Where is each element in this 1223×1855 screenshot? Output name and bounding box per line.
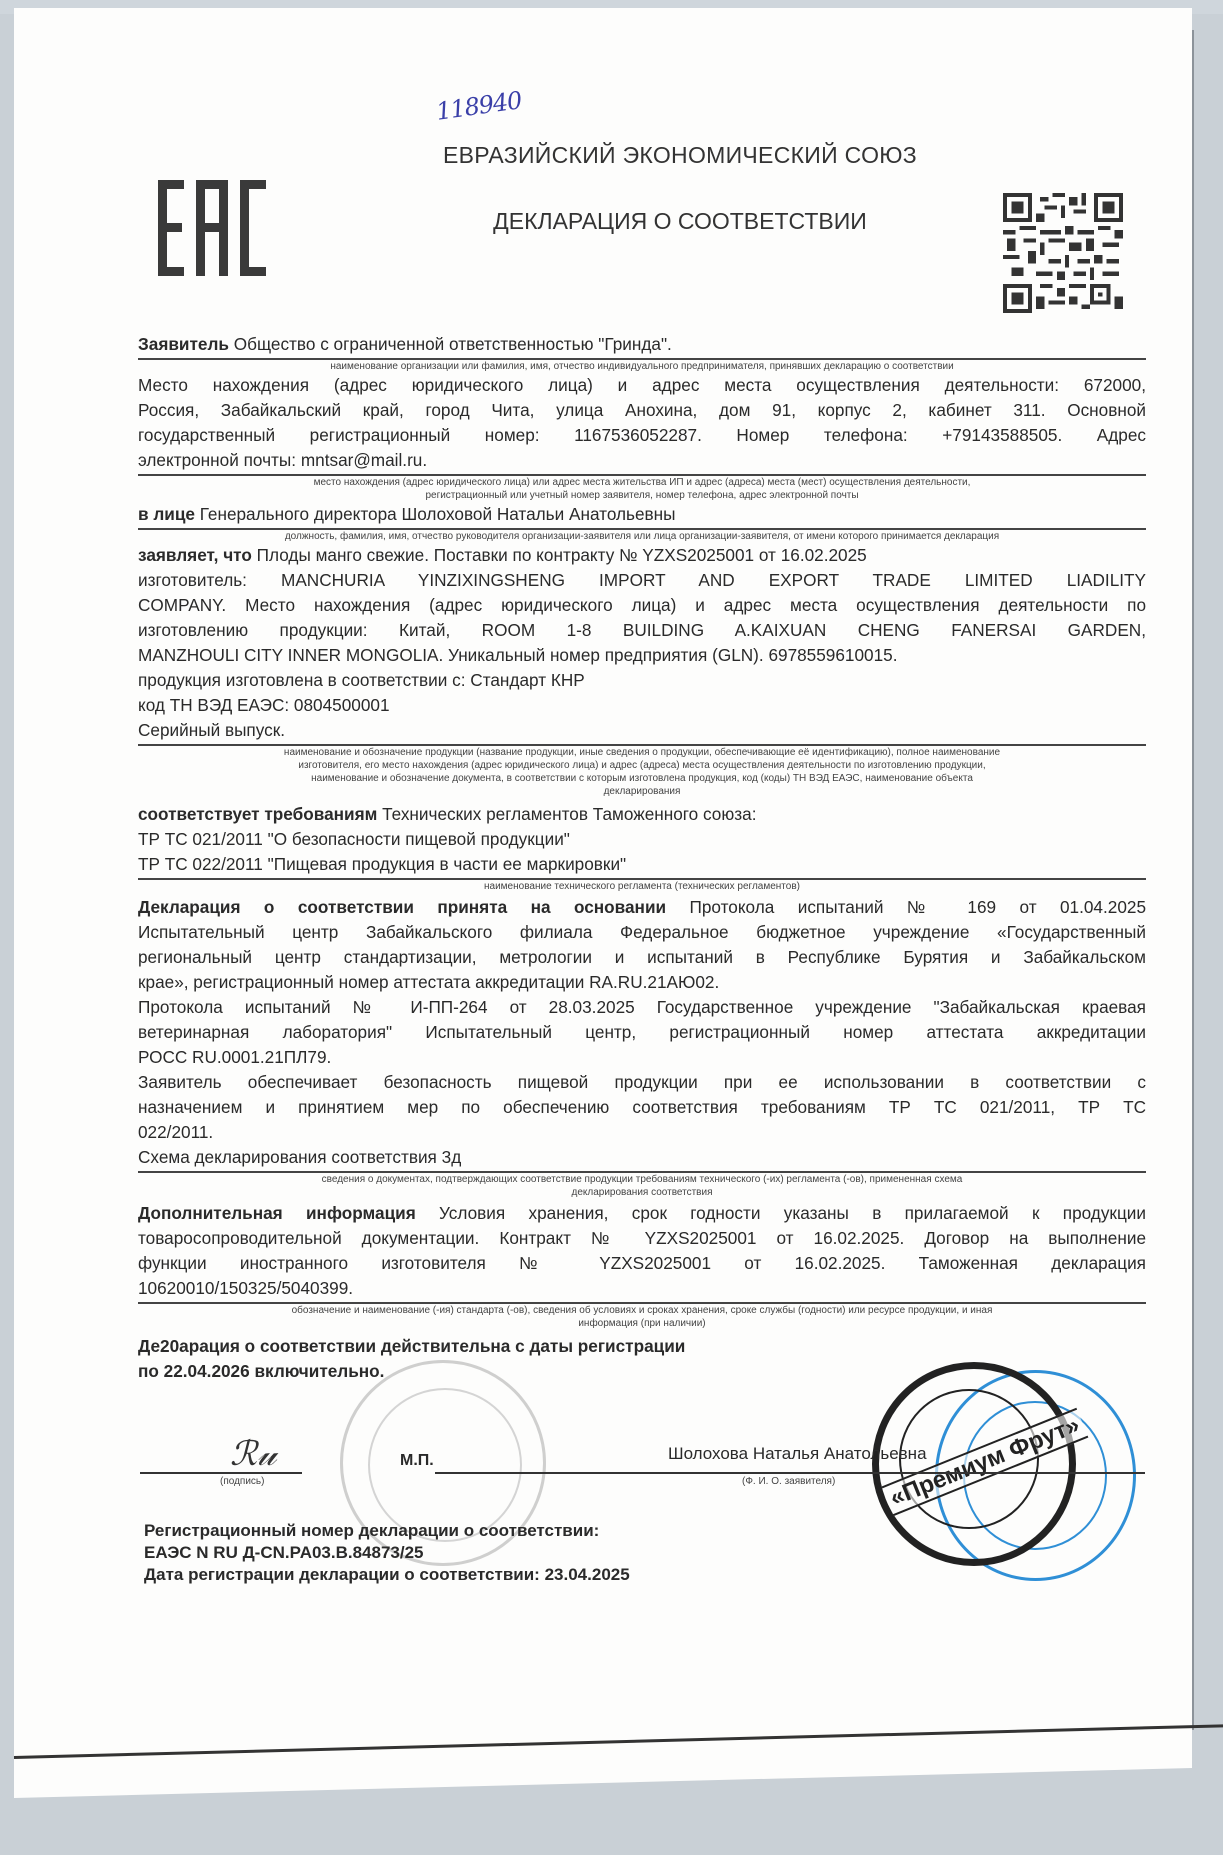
- regulation-item: ТР ТС 021/2011 "О безопасности пищевой п…: [138, 827, 1146, 852]
- hs-code-line: код ТН ВЭД ЕАЭС: 0804500001: [138, 693, 1146, 718]
- representative-caption: должность, фамилия, имя, отчество руково…: [138, 530, 1146, 543]
- basis-caption: сведения о документах, подтверждающих со…: [138, 1173, 1146, 1186]
- additional-line: 10620010/150325/5040399.: [138, 1276, 1146, 1301]
- eac-logo-icon: [158, 180, 268, 276]
- applicant-caption: наименование организации или фамилия, им…: [138, 360, 1146, 373]
- compliance-label: соответствует требованиям: [138, 804, 377, 824]
- address-line: Россия, Забайкальский край, город Чита, …: [138, 398, 1146, 423]
- union-title: ЕВРАЗИЙСКИЙ ЭКОНОМИЧЕСКИЙ СОЮЗ: [420, 142, 940, 169]
- signature-line: [140, 1472, 302, 1474]
- applicant-section: Заявитель Общество с ограниченной ответс…: [138, 332, 1146, 1384]
- regulation-item: ТР ТС 022/2011 "Пищевая продукция в част…: [138, 852, 1146, 877]
- applicant-label: Заявитель: [138, 334, 229, 354]
- basis-line: региональный центр стандартизации, метро…: [138, 945, 1146, 970]
- basis-line: 022/2011.: [138, 1120, 1146, 1145]
- additional-line: функции иностранного изготовителя № YZXS…: [138, 1251, 1146, 1276]
- registration-number-label: Регистрационный номер декларации о соотв…: [144, 1520, 630, 1542]
- name-caption: (Ф. И. О. заявителя): [742, 1476, 835, 1487]
- basis-line: Испытательный центр Забайкальского филиа…: [138, 920, 1146, 945]
- basis-line: назначением и принятием мер по обеспечен…: [138, 1095, 1146, 1120]
- address-caption: регистрационный или учетный номер заявит…: [138, 489, 1146, 502]
- basis-caption: декларирования соответствия: [138, 1186, 1146, 1199]
- representative-value: Генерального директора Шолоховой Натальи…: [200, 504, 676, 524]
- registration-number: ЕАЭС N RU Д-CN.PA03.B.84873/25: [144, 1542, 630, 1564]
- page-edge-right: [1192, 30, 1194, 1730]
- product-label: заявляет, что: [138, 545, 252, 565]
- address-line: электронной почты: mntsar@mail.ru.: [138, 448, 1146, 473]
- address-line: государственный регистрационный номер: 1…: [138, 423, 1146, 448]
- registration-date: 23.04.2025: [545, 1565, 630, 1584]
- manufacturer-line: изготовлению продукции: Китай, ROOM 1-8 …: [138, 618, 1146, 643]
- registration-date-label: Дата регистрации декларации о соответств…: [144, 1565, 540, 1584]
- representative-label: в лице: [138, 504, 195, 524]
- manufacturer-line: изготовитель: MANCHURIA YINZIXINGSHENG I…: [138, 568, 1146, 593]
- qr-code-icon: [1003, 191, 1123, 315]
- additional-label: Дополнительная информация: [138, 1203, 416, 1223]
- address-caption: место нахождения (адрес юридического лиц…: [138, 476, 1146, 489]
- basis-line: РОСС RU.0001.21ПЛ79.: [138, 1045, 1146, 1070]
- basis-line: Протокола испытаний № И-ПП-264 от 28.03.…: [138, 995, 1146, 1020]
- additional-line: товаросопроводительной документации. Кон…: [138, 1226, 1146, 1251]
- validity-line: Де20арация о соответствии действительна …: [138, 1334, 1146, 1359]
- additional-caption: обозначение и наименование (-ия) стандар…: [138, 1304, 1146, 1317]
- name-line: [435, 1472, 1145, 1474]
- applicant-name: Шолохова Наталья Анатольевна: [668, 1444, 927, 1464]
- product-caption: изготовителя, его место нахождения (адре…: [138, 759, 1146, 772]
- applicant-value: Общество с ограниченной ответственностью…: [234, 334, 672, 354]
- manufacturer-line: MANZHOULI CITY INNER MONGOLIA. Уникальны…: [138, 643, 1146, 668]
- registration-block: Регистрационный номер декларации о соотв…: [144, 1520, 630, 1586]
- compliance-caption: наименование технического регламента (те…: [138, 880, 1146, 893]
- signature-caption: (подпись): [220, 1476, 264, 1487]
- basis-line: Заявитель обеспечивает безопасность пище…: [138, 1070, 1146, 1095]
- additional-caption: информация (при наличии): [138, 1317, 1146, 1330]
- basis-line: ветеринарная лаборатория" Испытательный …: [138, 1020, 1146, 1045]
- compliance-value: Технических регламентов Таможенного союз…: [382, 804, 756, 824]
- declaration-scheme: Схема декларирования соответствия 3д: [138, 1145, 1146, 1170]
- product-caption: наименование и обозначение продукции (на…: [138, 746, 1146, 759]
- product-value: Плоды манго свежие. Поставки по контракт…: [257, 545, 867, 565]
- basis-value: Протокола испытаний № 169 от 01.04.2025: [690, 897, 1147, 917]
- address-line: Место нахождения (адрес юридического лиц…: [138, 373, 1146, 398]
- basis-line: крае», регистрационный номер аттестата а…: [138, 970, 1146, 995]
- serial-line: Серийный выпуск.: [138, 718, 1146, 743]
- additional-value: Условия хранения, срок годности указаны …: [439, 1203, 1146, 1223]
- signature-mark: ℛ𝓊: [230, 1434, 276, 1474]
- standard-line: продукция изготовлена в соответствии с: …: [138, 668, 1146, 693]
- document-title: ДЕКЛАРАЦИЯ О СООТВЕТСТВИИ: [420, 208, 940, 235]
- product-caption: наименование и обозначение документа, в …: [138, 772, 1146, 785]
- seal-label: М.П.: [400, 1452, 434, 1470]
- manufacturer-line: COMPANY. Место нахождения (адрес юридиче…: [138, 593, 1146, 618]
- basis-label: Декларация о соответствии принята на осн…: [138, 897, 666, 917]
- product-caption: декларирования: [138, 785, 1146, 798]
